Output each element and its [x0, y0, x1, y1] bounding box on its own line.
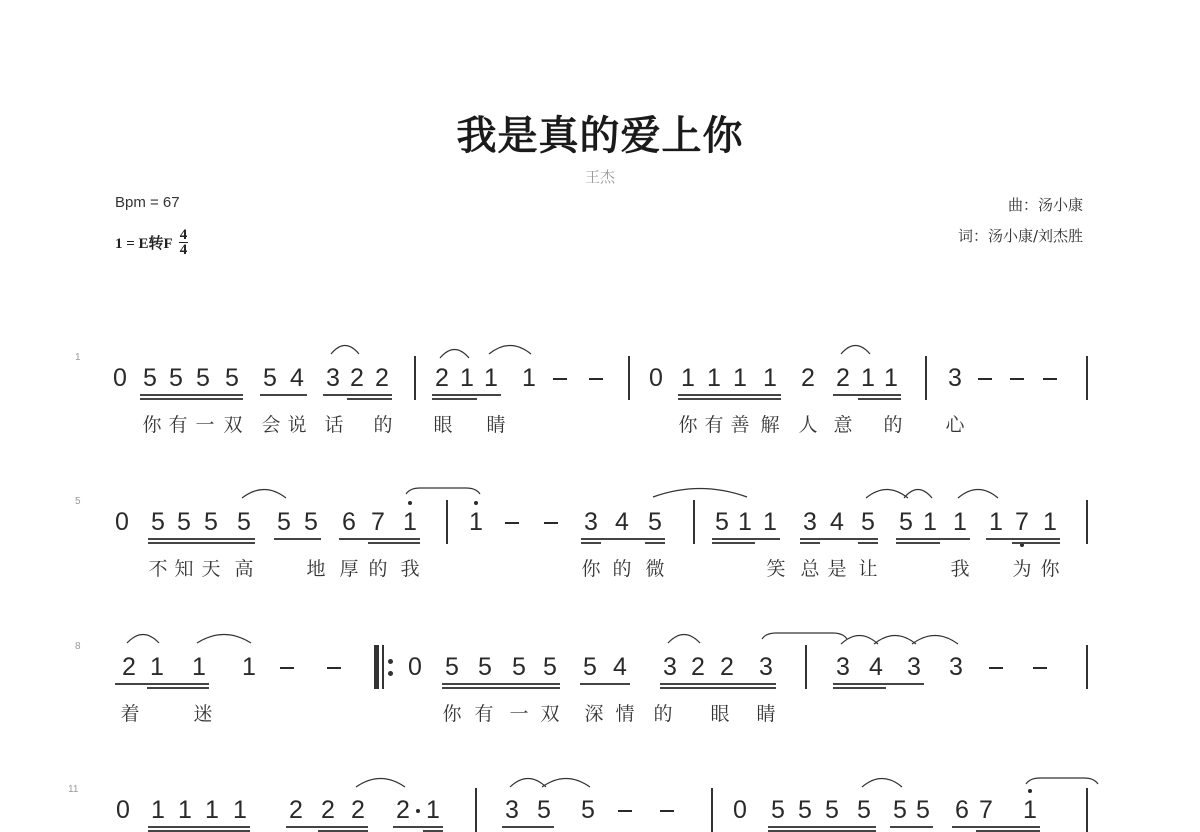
lyric-char: 一: [193, 410, 217, 437]
note: 0: [113, 797, 133, 823]
barline: [414, 356, 416, 400]
lyric-char: 睛: [484, 410, 508, 437]
note-digit: 1: [923, 508, 937, 536]
lyric-char: 为: [1010, 554, 1034, 581]
note: 5: [201, 509, 221, 535]
barline: [925, 356, 927, 400]
note: 1: [457, 365, 477, 391]
lyric-char: 是: [825, 554, 849, 581]
note-digit: 5: [143, 364, 157, 392]
note: 2: [717, 654, 737, 680]
lyric-char: 你: [1038, 554, 1062, 581]
note-digit: 2: [691, 653, 705, 681]
note: 0: [730, 797, 750, 823]
note-digit: 5: [277, 508, 291, 536]
note-digit: 5: [893, 796, 907, 824]
note-digit: 2: [321, 796, 335, 824]
note-digit: 2: [435, 364, 449, 392]
lyric-char: 你: [676, 410, 700, 437]
note: 3: [323, 365, 343, 391]
note-digit: 3: [326, 364, 340, 392]
note-digit: 5: [899, 508, 913, 536]
duration-underline: [800, 538, 820, 540]
note: 5: [274, 509, 294, 535]
slur-arc: [356, 779, 405, 788]
duration-underline: [140, 394, 243, 396]
note-digit: 0: [113, 364, 127, 392]
note: 5: [442, 654, 462, 680]
duration-underline: [274, 538, 321, 540]
note: 3: [502, 797, 522, 823]
lyric-char: 的: [610, 554, 634, 581]
note: 1: [678, 365, 698, 391]
time-sig-bottom: 4: [180, 243, 188, 257]
note: 3: [756, 654, 776, 680]
note-digit: 5: [583, 653, 597, 681]
lyric-char: 一: [507, 699, 531, 726]
note: 7: [368, 509, 388, 535]
note: 1: [1020, 797, 1040, 823]
duration-underline: [140, 398, 243, 400]
lyric-char: 我: [398, 554, 422, 581]
note-digit: 2: [351, 796, 365, 824]
barline: [1086, 645, 1088, 689]
note: 5: [822, 797, 842, 823]
note-digit: 3: [836, 653, 850, 681]
note: 6: [339, 509, 359, 535]
note: 0: [112, 509, 132, 535]
note-digit: 1: [484, 364, 498, 392]
lyric-char: 让: [856, 554, 880, 581]
note-digit: 3: [663, 653, 677, 681]
sustain-dash: [280, 667, 294, 669]
note: 4: [610, 654, 630, 680]
duration-underline: [347, 394, 392, 396]
measure-number: 11: [68, 784, 78, 795]
sustain-dash: [1033, 667, 1047, 669]
lyric-char: 我: [948, 554, 972, 581]
note-digit: 3: [949, 653, 963, 681]
tie-arc: [762, 633, 847, 639]
measure-number: 5: [75, 496, 81, 507]
note-digit: 5: [263, 364, 277, 392]
time-signature: 4 4: [179, 228, 189, 257]
note: 1: [730, 365, 750, 391]
note-digit: 4: [830, 508, 844, 536]
sustain-dash: [618, 810, 632, 812]
note-digit: 0: [116, 796, 130, 824]
barline: [446, 500, 448, 544]
note: 1: [735, 509, 755, 535]
lyric-char: 天: [199, 554, 223, 581]
note: 2: [347, 365, 367, 391]
note: 4: [287, 365, 307, 391]
note: 1: [230, 797, 250, 823]
note-digit: 1: [469, 508, 483, 536]
note: 0: [405, 654, 425, 680]
note: 5: [768, 797, 788, 823]
repeat-start-thin-bar: [382, 645, 384, 689]
note: 5: [534, 797, 554, 823]
lyric-char: 有: [472, 699, 496, 726]
note-digit: 2: [720, 653, 734, 681]
note-digit: 1: [426, 796, 440, 824]
sustain-dash: [1010, 378, 1024, 380]
note-digit: 1: [989, 508, 1003, 536]
note: 1: [760, 509, 780, 535]
note-digit: 5: [648, 508, 662, 536]
duration-underline: [368, 542, 420, 544]
lyric-char: 意: [831, 410, 855, 437]
note: 2: [798, 365, 818, 391]
note: 1: [466, 509, 486, 535]
note: 1: [239, 654, 259, 680]
lyric-char: 你: [140, 410, 164, 437]
note: 1: [1040, 509, 1060, 535]
lyric-char: 说: [285, 410, 309, 437]
note-digit: 2: [396, 796, 410, 824]
tie-arc: [406, 488, 480, 494]
slur-arc: [668, 635, 700, 644]
note: 2: [372, 365, 392, 391]
lyric-char: 不: [146, 554, 170, 581]
note-digit: 2: [836, 364, 850, 392]
duration-underline: [712, 538, 755, 540]
note-digit: 1: [242, 653, 256, 681]
repeat-dot: [388, 659, 393, 664]
note: 3: [945, 365, 965, 391]
slur-arc: [440, 350, 469, 359]
sustain-dash: [978, 378, 992, 380]
note-digit: 5: [825, 796, 839, 824]
note: 2: [432, 365, 452, 391]
note: 5: [896, 509, 916, 535]
slur-arc: [242, 490, 286, 499]
slur-arc: [862, 779, 902, 788]
duration-underline: [423, 826, 443, 828]
duration-underline: [148, 542, 255, 544]
slur-arc: [197, 635, 251, 644]
note: 2: [286, 797, 306, 823]
duration-underline: [768, 826, 876, 828]
note: 3: [833, 654, 853, 680]
note: 5: [578, 797, 598, 823]
lyric-char: 话: [322, 410, 346, 437]
note: 5: [193, 365, 213, 391]
note-digit: 2: [350, 364, 364, 392]
sustain-dash: [989, 667, 1003, 669]
singer-name: 王杰: [0, 166, 1200, 187]
note: 5: [260, 365, 280, 391]
barline: [628, 356, 630, 400]
barline: [1086, 356, 1088, 400]
lyric-char: 双: [221, 410, 245, 437]
lyric-char: 总: [798, 554, 822, 581]
note-digit: 1: [884, 364, 898, 392]
lyric-char: 有: [702, 410, 726, 437]
duration-underline: [581, 538, 601, 540]
lyric-char: 解: [758, 410, 782, 437]
note-digit: 1: [192, 653, 206, 681]
lyric-char: 地: [304, 554, 328, 581]
note-digit: 5: [771, 796, 785, 824]
note-digit: 5: [543, 653, 557, 681]
note: 1: [481, 365, 501, 391]
note: 5: [854, 797, 874, 823]
lyric-char: 迷: [191, 699, 215, 726]
lyric-char: 有: [166, 410, 190, 437]
duration-underline: [645, 542, 665, 544]
sustain-dash: [660, 810, 674, 812]
repeat-start-thick-bar: [374, 645, 379, 689]
note: 4: [866, 654, 886, 680]
note-digit: 5: [445, 653, 459, 681]
note: 4: [827, 509, 847, 535]
note-digit: 0: [115, 508, 129, 536]
note: 2: [348, 797, 368, 823]
note-digit: 5: [304, 508, 318, 536]
note-digit: 2: [289, 796, 303, 824]
note-digit: 4: [615, 508, 629, 536]
slur-arc: [841, 346, 870, 355]
note: 1: [423, 797, 443, 823]
duration-underline: [147, 683, 209, 685]
duration-underline: [858, 538, 878, 540]
duration-underline: [660, 683, 776, 685]
note: 1: [950, 509, 970, 535]
note-digit: 5: [478, 653, 492, 681]
key-signature: 1 = E转F 4 4: [115, 228, 188, 257]
note: 5: [795, 797, 815, 823]
note-digit: 1: [150, 653, 164, 681]
duration-underline: [432, 398, 477, 400]
composer-credit: 曲：汤小康: [1008, 194, 1083, 215]
note-digit: 6: [955, 796, 969, 824]
slur-arc: [841, 636, 878, 645]
note: 3: [904, 654, 924, 680]
note-digit: 5: [237, 508, 251, 536]
note-digit: 2: [375, 364, 389, 392]
note-digit: 5: [861, 508, 875, 536]
note: 1: [760, 365, 780, 391]
note: 0: [646, 365, 666, 391]
slur-arc: [127, 635, 159, 644]
barline: [693, 500, 695, 544]
note-digit: 5: [177, 508, 191, 536]
note: 5: [148, 509, 168, 535]
note-digit: 3: [759, 653, 773, 681]
duration-underline: [442, 683, 560, 685]
lyric-char: 睛: [754, 699, 778, 726]
note: 5: [222, 365, 242, 391]
lyric-char: 眼: [708, 699, 732, 726]
note: 1: [147, 654, 167, 680]
tempo-label: Bpm = 67: [115, 194, 180, 211]
note-digit: 5: [537, 796, 551, 824]
lyric-char: 的: [371, 410, 395, 437]
lyric-char: 会: [259, 410, 283, 437]
note: 7: [976, 797, 996, 823]
high-octave-dot: [1028, 789, 1032, 793]
duration-underline: [1012, 542, 1060, 544]
note-digit: 5: [798, 796, 812, 824]
duration-underline: [976, 826, 1040, 828]
note-digit: 1: [205, 796, 219, 824]
duration-underline: [347, 398, 392, 400]
lyric-char: 双: [538, 699, 562, 726]
note: 2: [119, 654, 139, 680]
duration-underline: [858, 394, 901, 396]
note: 1: [189, 654, 209, 680]
lyric-char: 厚: [337, 554, 361, 581]
duration-underline: [678, 398, 781, 400]
note: 5: [858, 509, 878, 535]
lyric-char: 眼: [431, 410, 455, 437]
lyric-char: 你: [579, 554, 603, 581]
lyric-char: 善: [728, 410, 752, 437]
note-digit: 1: [707, 364, 721, 392]
duration-underline: [896, 538, 940, 540]
duration-underline: [148, 538, 255, 540]
note: 2: [318, 797, 338, 823]
duration-underline: [368, 538, 420, 540]
note-digit: 3: [584, 508, 598, 536]
note-digit: 5: [715, 508, 729, 536]
slur-arc: [542, 779, 590, 788]
lyric-char: 的: [366, 554, 390, 581]
duration-underline: [660, 687, 776, 689]
note-digit: 5: [196, 364, 210, 392]
note: 4: [612, 509, 632, 535]
note: 1: [986, 509, 1006, 535]
note-digit: 1: [151, 796, 165, 824]
sustain-dash: [505, 522, 519, 524]
duration-underline: [800, 542, 820, 544]
note: 5: [540, 654, 560, 680]
note: 1: [148, 797, 168, 823]
note-digit: 5: [204, 508, 218, 536]
duration-underline: [890, 826, 933, 828]
note: 5: [475, 654, 495, 680]
duration-underline: [432, 394, 477, 396]
note: 5: [580, 654, 600, 680]
sustain-dash: [544, 522, 558, 524]
lyric-char: 情: [613, 699, 637, 726]
note-digit: 5: [512, 653, 526, 681]
lyric-char: 深: [582, 699, 606, 726]
note: 1: [202, 797, 222, 823]
note-digit: 7: [979, 796, 993, 824]
duration-underline: [858, 398, 901, 400]
note: 1: [920, 509, 940, 535]
barline: [711, 788, 713, 832]
measure-number: 8: [75, 641, 81, 652]
key-label: 1 = E转F: [115, 232, 173, 253]
note-digit: 2: [122, 653, 136, 681]
slur-arc: [874, 636, 916, 645]
duration-underline: [581, 542, 601, 544]
note: 5: [890, 797, 910, 823]
augmentation-dot: [416, 809, 420, 813]
duration-underline: [1012, 538, 1060, 540]
note: 0: [110, 365, 130, 391]
note: 1: [519, 365, 539, 391]
note-digit: 1: [763, 364, 777, 392]
note-digit: 7: [371, 508, 385, 536]
duration-underline: [645, 538, 665, 540]
note-digit: 5: [857, 796, 871, 824]
duration-underline: [896, 542, 940, 544]
note: 3: [660, 654, 680, 680]
note-digit: 1: [460, 364, 474, 392]
note: 3: [800, 509, 820, 535]
slur-arc: [904, 490, 932, 499]
note-digit: 3: [505, 796, 519, 824]
lyric-char: 的: [881, 410, 905, 437]
barline: [1086, 788, 1088, 832]
slur-arc: [653, 489, 747, 498]
note-digit: 3: [803, 508, 817, 536]
note: 7: [1012, 509, 1032, 535]
note-digit: 3: [948, 364, 962, 392]
lyric-char: 高: [232, 554, 256, 581]
barline: [475, 788, 477, 832]
note-digit: 5: [169, 364, 183, 392]
note-digit: 0: [408, 653, 422, 681]
duration-underline: [858, 542, 878, 544]
note-digit: 5: [916, 796, 930, 824]
sustain-dash: [327, 667, 341, 669]
sustain-dash: [1043, 378, 1057, 380]
note-digit: 4: [869, 653, 883, 681]
note: 1: [858, 365, 878, 391]
note-digit: 1: [733, 364, 747, 392]
note: 5: [645, 509, 665, 535]
high-octave-dot: [474, 501, 478, 505]
note-digit: 1: [738, 508, 752, 536]
note-digit: 5: [581, 796, 595, 824]
note-digit: 1: [953, 508, 967, 536]
note-digit: 6: [342, 508, 356, 536]
note: 5: [913, 797, 933, 823]
note-digit: 0: [733, 796, 747, 824]
lyric-char: 着: [118, 699, 142, 726]
note-digit: 1: [861, 364, 875, 392]
duration-underline: [833, 687, 886, 689]
lyric-char: 笑: [764, 554, 788, 581]
note: 2: [393, 797, 413, 823]
note: 5: [301, 509, 321, 535]
note: 5: [234, 509, 254, 535]
note: 3: [946, 654, 966, 680]
note: 3: [581, 509, 601, 535]
note-digit: 0: [649, 364, 663, 392]
lyricist-credit: 词：汤小康/刘杰胜: [958, 225, 1083, 246]
note: 5: [712, 509, 732, 535]
note-digit: 1: [1043, 508, 1057, 536]
slur-arc: [510, 779, 546, 788]
note-digit: 1: [681, 364, 695, 392]
slur-arc: [866, 490, 908, 499]
note: 1: [881, 365, 901, 391]
note-digit: 1: [403, 508, 417, 536]
duration-underline: [260, 394, 307, 396]
lyric-char: 的: [651, 699, 675, 726]
note: 1: [400, 509, 420, 535]
note: 5: [166, 365, 186, 391]
note: 2: [688, 654, 708, 680]
note-digit: 2: [801, 364, 815, 392]
